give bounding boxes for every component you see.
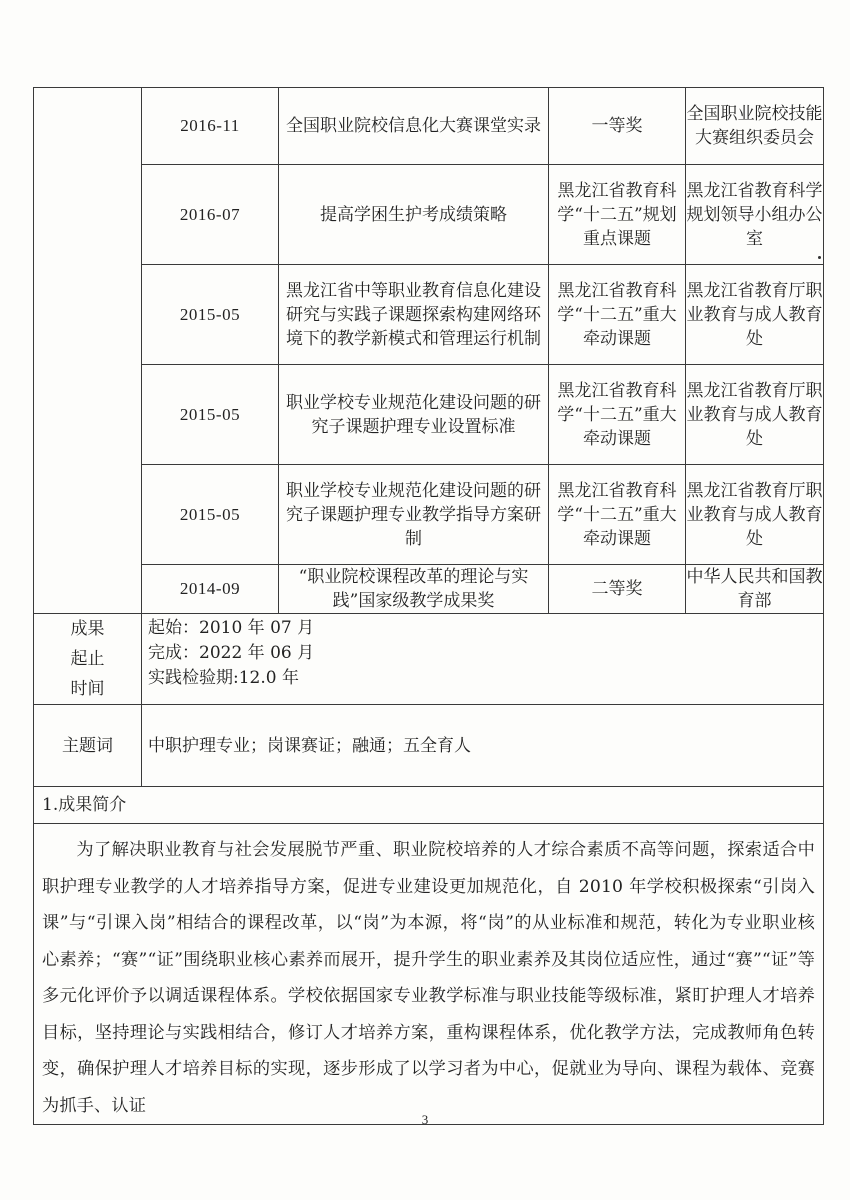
timeline-label: 成果 起止 时间: [34, 614, 142, 705]
award-row: 2014-09 “职业院校课程改革的理论与实践”国家级教学成果奖 二等奖 中华人…: [34, 565, 824, 614]
award-date: 2015-05: [142, 265, 279, 365]
timeline-label-line: 成果: [34, 614, 141, 644]
award-level: 一等奖: [549, 88, 686, 165]
award-date: 2016-11: [142, 88, 279, 165]
award-row: 2016-07 提高学困生护考成绩策略 黑龙江省教育科学“十二五”规划重点课题 …: [34, 165, 824, 265]
award-title: 全国职业院校信息化大赛课堂实录: [279, 88, 549, 165]
achievement-table: 2016-11 全国职业院校信息化大赛课堂实录 一等奖 全国职业院校技能大赛组织…: [33, 87, 824, 1125]
award-group-label-cell: [34, 88, 142, 614]
intro-body-cell: 为了解决职业教育与社会发展脱节严重、职业院校培养的人才综合素质不高等问题，探索适…: [34, 824, 824, 1125]
award-issuer: 中华人民共和国教育部: [686, 565, 824, 614]
timeline-values: 起始：2010 年 07 月 完成：2022 年 06 月 实践检验期:12.0…: [142, 614, 824, 705]
award-issuer: 黑龙江省教育厅职业教育与成人教育处: [686, 465, 824, 565]
award-level: 黑龙江省教育科学“十二五”规划重点课题: [549, 165, 686, 265]
document-page: 2016-11 全国职业院校信息化大赛课堂实录 一等奖 全国职业院校技能大赛组织…: [0, 0, 850, 1200]
page-number: 3: [0, 1112, 850, 1128]
award-level: 黑龙江省教育科学“十二五”重大牵动课题: [549, 365, 686, 465]
award-date: 2014-09: [142, 565, 279, 614]
award-row: 2015-05 职业学校专业规范化建设问题的研究子课题护理专业教学指导方案研制 …: [34, 465, 824, 565]
award-title: “职业院校课程改革的理论与实践”国家级教学成果奖: [279, 565, 549, 614]
intro-body-row: 为了解决职业教育与社会发展脱节严重、职业院校培养的人才综合素质不高等问题，探索适…: [34, 824, 824, 1125]
award-date: 2015-05: [142, 465, 279, 565]
award-issuer: 全国职业院校技能大赛组织委员会: [686, 88, 824, 165]
timeline-row: 成果 起止 时间 起始：2010 年 07 月 完成：2022 年 06 月 实…: [34, 614, 824, 705]
award-title: 黑龙江省中等职业教育信息化建设研究与实践子课题探索构建网络环境下的教学新模式和管…: [279, 265, 549, 365]
keywords-value: 中职护理专业；岗课赛证；融通；五全育人: [142, 705, 824, 787]
award-issuer: 黑龙江省教育科学规划领导小组办公室: [686, 165, 824, 265]
keywords-label: 主题词: [34, 705, 142, 787]
award-title: 职业学校专业规范化建设问题的研究子课题护理专业设置标准: [279, 365, 549, 465]
award-issuer: 黑龙江省教育厅职业教育与成人教育处: [686, 365, 824, 465]
award-issuer: 黑龙江省教育厅职业教育与成人教育处: [686, 265, 824, 365]
award-title: 职业学校专业规范化建设问题的研究子课题护理专业教学指导方案研制: [279, 465, 549, 565]
award-level: 黑龙江省教育科学“十二五”重大牵动课题: [549, 265, 686, 365]
intro-heading: 1.成果简介: [34, 787, 824, 824]
award-level: 二等奖: [549, 565, 686, 614]
award-row: 2016-11 全国职业院校信息化大赛课堂实录 一等奖 全国职业院校技能大赛组织…: [34, 88, 824, 165]
award-level: 黑龙江省教育科学“十二五”重大牵动课题: [549, 465, 686, 565]
intro-heading-row: 1.成果简介: [34, 787, 824, 824]
award-row: 2015-05 职业学校专业规范化建设问题的研究子课题护理专业设置标准 黑龙江省…: [34, 365, 824, 465]
keywords-row: 主题词 中职护理专业；岗课赛证；融通；五全育人: [34, 705, 824, 787]
award-row: 2015-05 黑龙江省中等职业教育信息化建设研究与实践子课题探索构建网络环境下…: [34, 265, 824, 365]
award-date: 2015-05: [142, 365, 279, 465]
award-date: 2016-07: [142, 165, 279, 265]
timeline-period: 实践检验期:12.0 年: [148, 666, 823, 691]
timeline-label-line: 时间: [34, 674, 141, 704]
timeline-end: 完成：2022 年 06 月: [148, 641, 823, 666]
scan-speck: [818, 256, 821, 259]
timeline-label-line: 起止: [34, 644, 141, 674]
intro-paragraph: 为了解决职业教育与社会发展脱节严重、职业院校培养的人才综合素质不高等问题，探索适…: [42, 824, 815, 1124]
award-title: 提高学困生护考成绩策略: [279, 165, 549, 265]
timeline-start: 起始：2010 年 07 月: [148, 616, 823, 641]
